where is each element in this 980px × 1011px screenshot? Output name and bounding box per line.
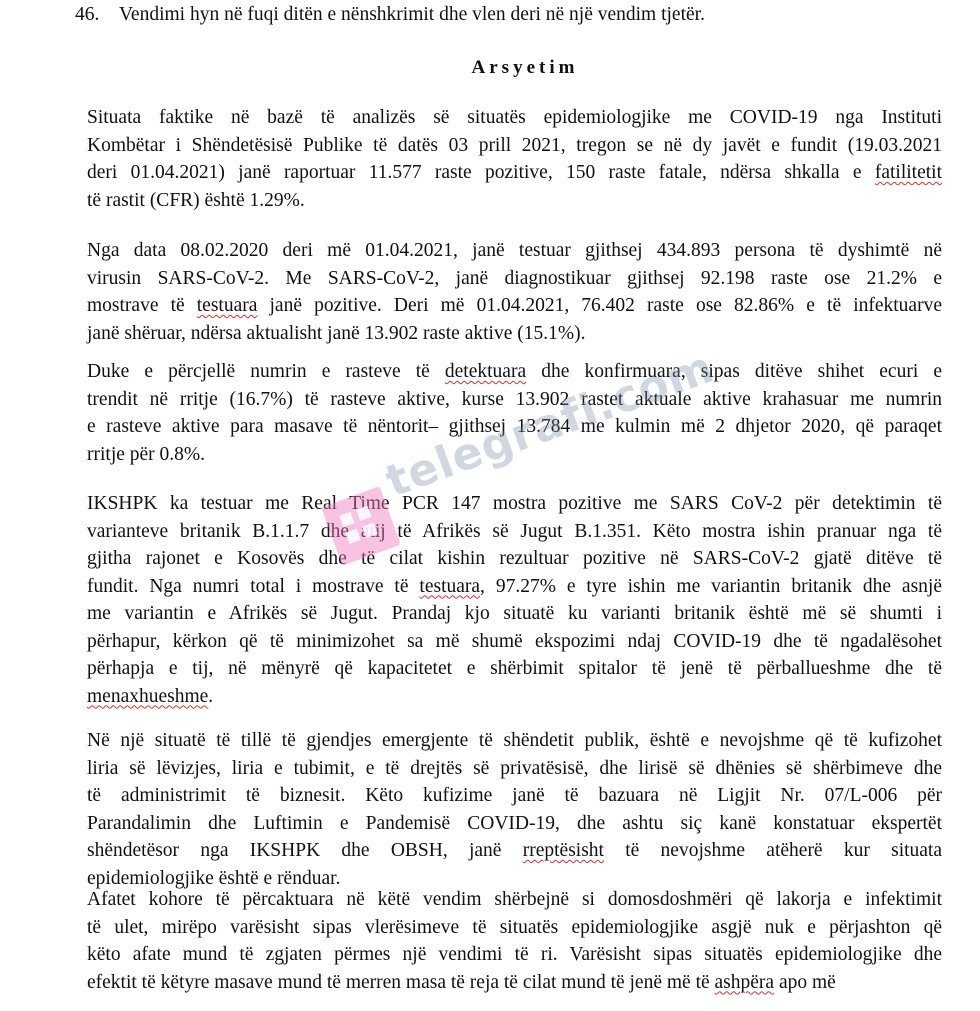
paragraph-testing: Nga data 08.02.2020 deri më 01.04.2021, … — [87, 237, 942, 347]
spellcheck-flagged-word: rreptësisht — [523, 840, 604, 861]
text-line: rritje për 0.8%. — [87, 441, 942, 469]
spellcheck-flagged-word: ashpëra — [715, 972, 775, 993]
paragraph-restrictions: Në një situatë të tillë të gjendjes emer… — [87, 727, 942, 892]
item-text: Vendimi hyn në fuqi ditën e nënshkrimit … — [119, 4, 705, 25]
text-line: efektit të këtyre masave mund të merren … — [87, 969, 942, 997]
text-line: e rasteve aktive para masave të nëntorit… — [87, 413, 942, 441]
text-line: të administrimit të biznesit. Këto kufiz… — [87, 782, 942, 810]
text-line: të ulet, mirëpo varësisht sipas vlerësim… — [87, 914, 942, 942]
text-line: gjitha rajonet e Kosovës dhe të cilat ki… — [87, 545, 942, 573]
text-line: Parandalimin dhe Luftimin e Pandemisë CO… — [87, 810, 942, 838]
spellcheck-flagged-word: testuara — [419, 576, 480, 597]
text-line: këto afate mund të zgjaten përmes një ve… — [87, 941, 942, 969]
paragraph-deadlines: Afatet kohore të përcaktuara në këtë ven… — [87, 886, 942, 996]
text-line: me variantin e Afrikës së Jugut. Prandaj… — [87, 600, 942, 628]
paragraph-variants: IKSHPK ka testuar me Real Time PCR 147 m… — [87, 490, 942, 710]
numbered-item-46: 46.Vendimi hyn në fuqi ditën e nënshkrim… — [75, 2, 705, 28]
spellcheck-flagged-word: detektuara — [445, 361, 526, 382]
text-line: deri 01.04.2021) janë raportuar 11.577 r… — [87, 159, 942, 187]
paragraph-trend: Duke e përcjellë numrin e rasteve të det… — [87, 358, 942, 468]
section-heading: Arsyetim — [0, 55, 980, 81]
text-line: Në një situatë të tillë të gjendjes emer… — [87, 727, 942, 755]
text-line: Kombëtar i Shëndetësisë Publike të datës… — [87, 132, 942, 160]
document-page: 46.Vendimi hyn në fuqi ditën e nënshkrim… — [0, 0, 980, 1011]
text-line: virusin SARS-CoV-2. Me SARS-CoV-2, janë … — [87, 265, 942, 293]
text-line: liria së lëvizjes, liria e tubimit, e të… — [87, 755, 942, 783]
text-line: fundit. Nga numri total i mostrave të te… — [87, 573, 942, 601]
text-line: Situata faktike në bazë të analizës së s… — [87, 104, 942, 132]
text-line: Afatet kohore të përcaktuara në këtë ven… — [87, 886, 942, 914]
spellcheck-flagged-word: menaxhueshme — [87, 686, 208, 707]
text-line: Duke e përcjellë numrin e rasteve të det… — [87, 358, 942, 386]
text-line: të rastit (CFR) është 1.29%. — [87, 187, 942, 215]
spellcheck-flagged-word: testuara — [197, 295, 258, 316]
text-line: përhapur, kërkon që të minimizohet sa më… — [87, 628, 942, 656]
text-line: menaxhueshme. — [87, 683, 942, 711]
text-line: shëndetësor nga IKSHPK dhe OBSH, janë rr… — [87, 837, 942, 865]
text-line: përhapja e tij, në mënyrë që kapacitetet… — [87, 655, 942, 683]
text-line: janë shëruar, ndërsa aktualisht janë 13.… — [87, 320, 942, 348]
text-line: trendit në rritje (16.7%) të rasteve akt… — [87, 386, 942, 414]
text-line: Nga data 08.02.2020 deri më 01.04.2021, … — [87, 237, 942, 265]
text-line: mostrave të testuara janë pozitive. Deri… — [87, 292, 942, 320]
spellcheck-flagged-word: fatilitetit — [875, 162, 942, 183]
item-number: 46. — [75, 2, 119, 28]
paragraph-situation: Situata faktike në bazë të analizës së s… — [87, 104, 942, 214]
text-line: IKSHPK ka testuar me Real Time PCR 147 m… — [87, 490, 942, 518]
text-line: varianteve britanik B.1.1.7 dhe atij të … — [87, 518, 942, 546]
